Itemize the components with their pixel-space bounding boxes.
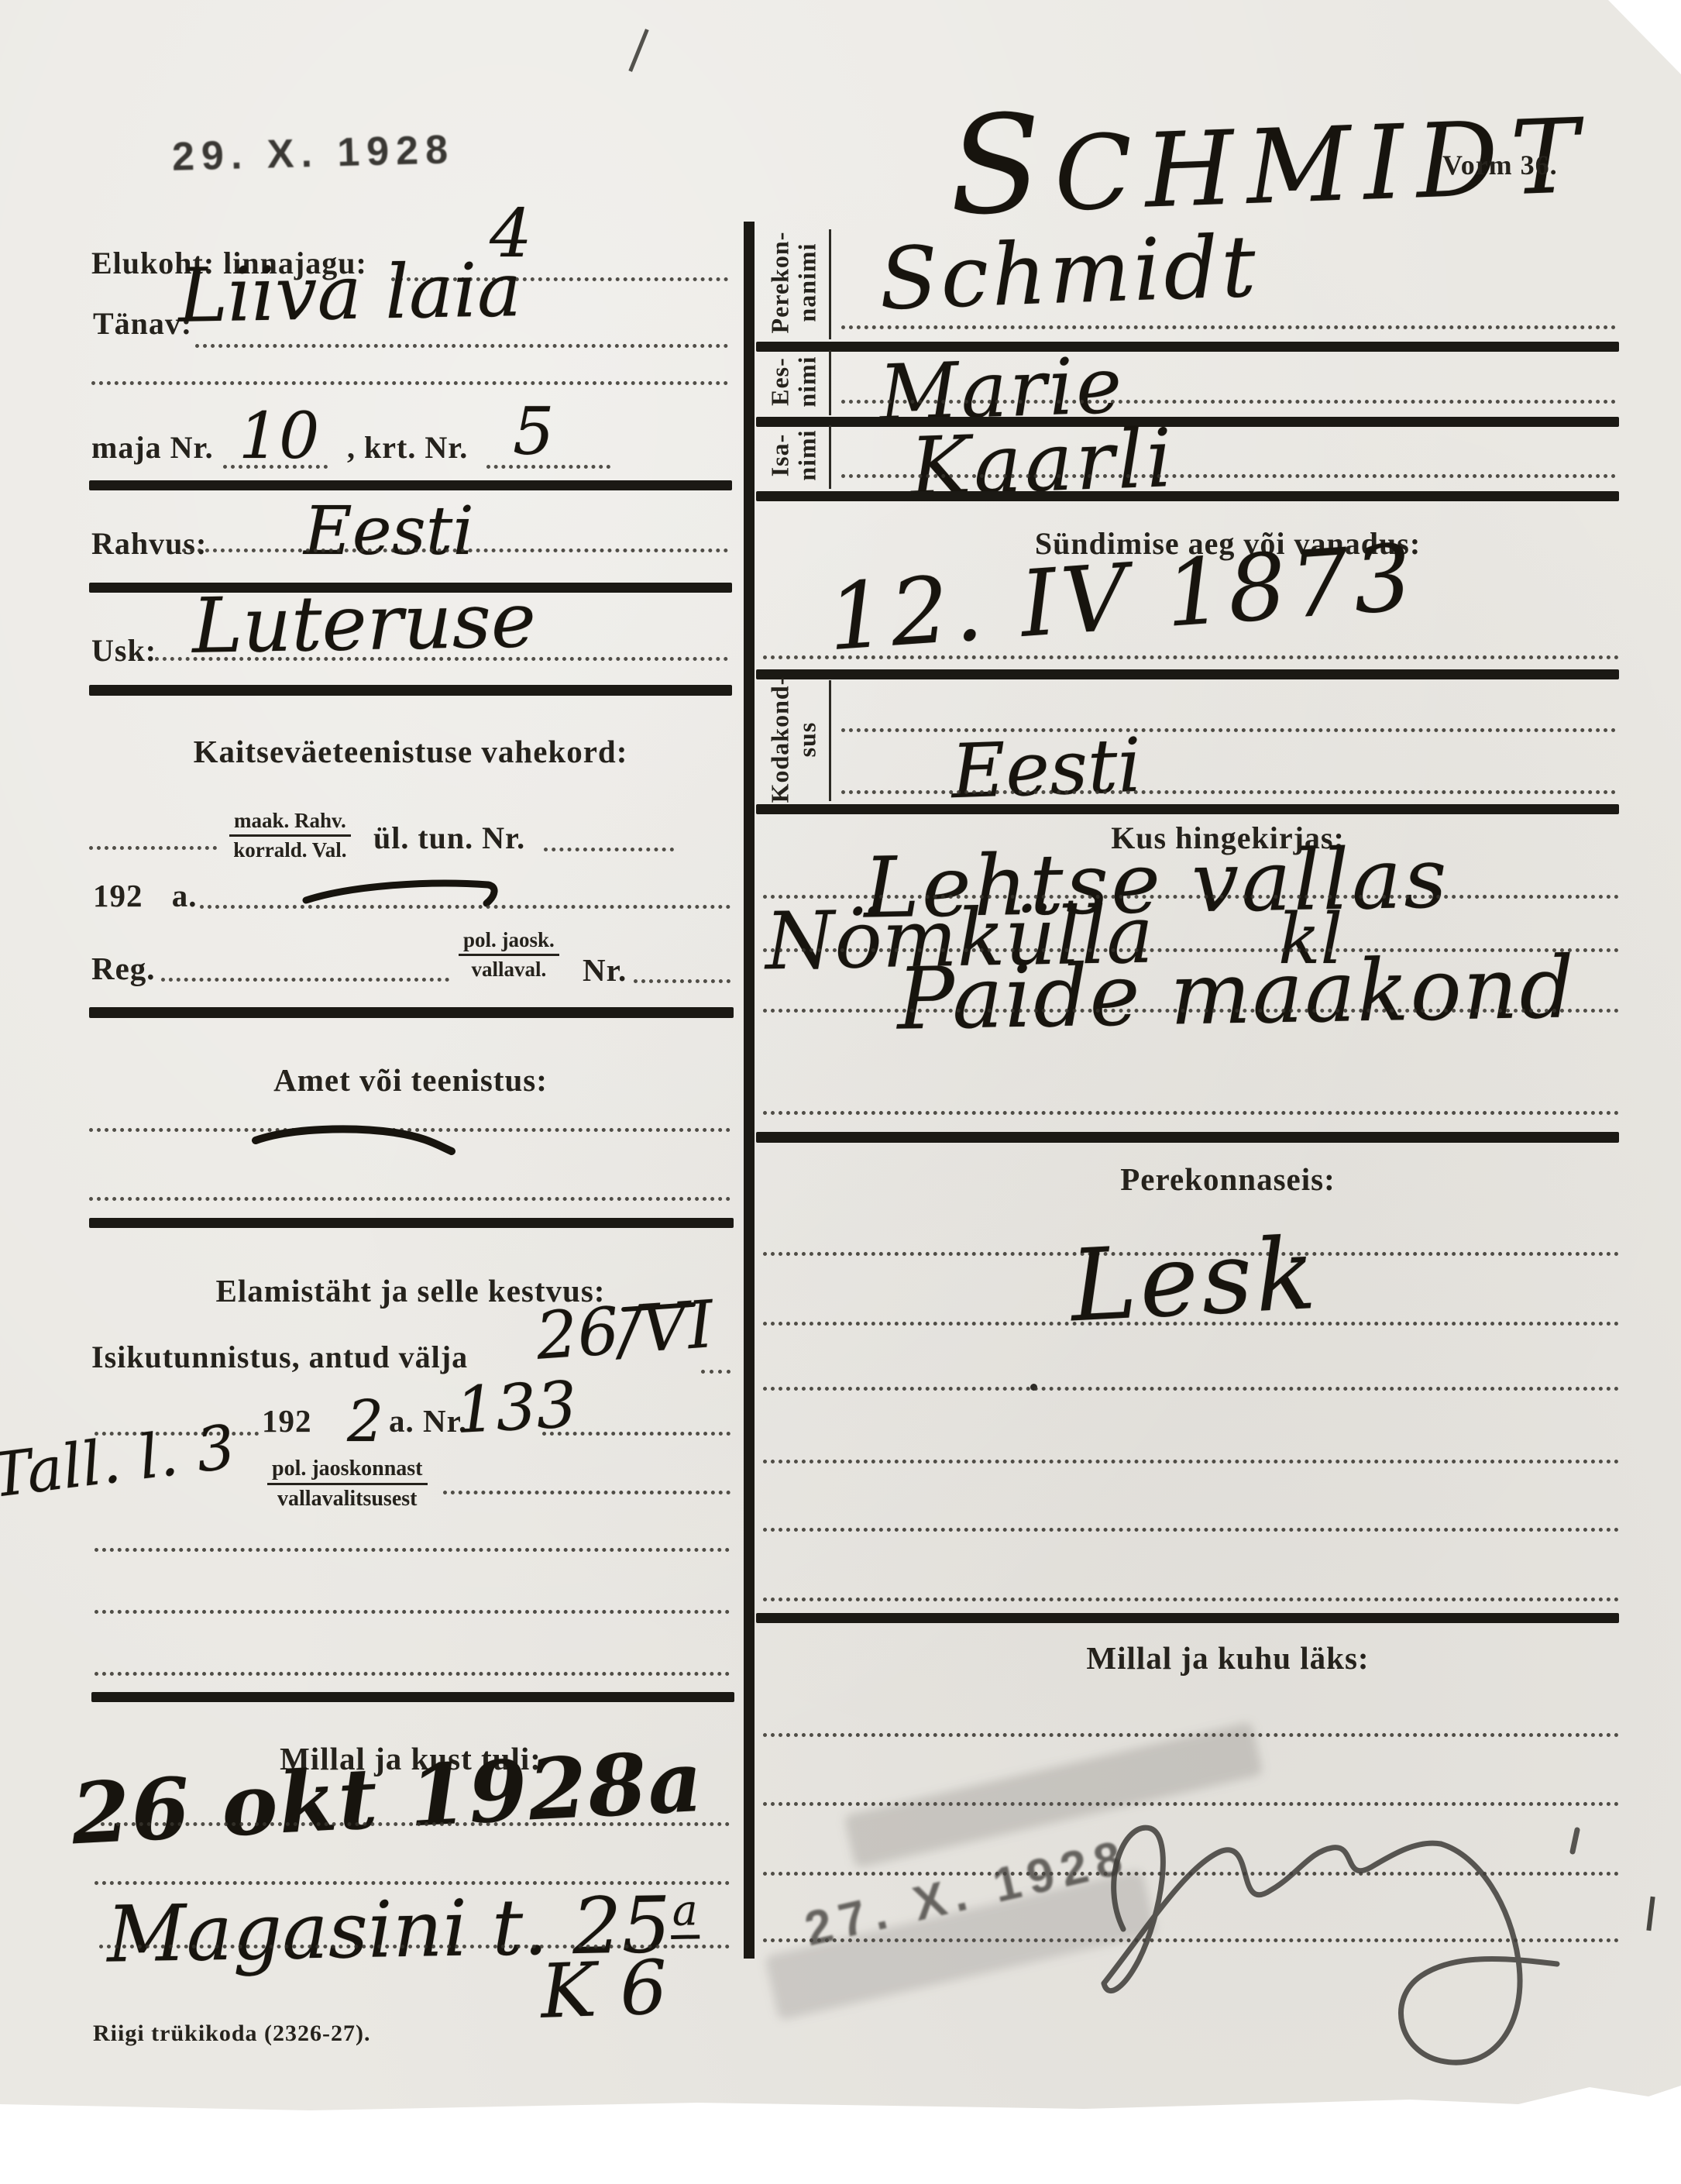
citizenship-value: Eesti: [950, 722, 1143, 815]
fraction-bottom: korrald. Val.: [229, 837, 351, 862]
military-fraction: maak. Rahv. korrald. Val.: [229, 809, 351, 862]
label-line: sus: [793, 676, 820, 803]
dotted-line: [841, 474, 1616, 478]
reg-label: Reg.: [91, 950, 156, 987]
dotted-line: [223, 465, 328, 469]
dotted-line: [95, 1548, 730, 1552]
tuli-korter-handwriting: K 6: [539, 1944, 669, 2035]
dotted-line: [182, 549, 728, 552]
received-date-stamp: 29. X. 1928: [171, 126, 455, 181]
dotted-line: [486, 465, 610, 469]
label-separator-line: [829, 425, 831, 489]
maja-nr-label: maja Nr.: [91, 429, 214, 466]
fraction-top: maak. Rahv.: [229, 809, 351, 837]
rule-line: [756, 804, 1619, 814]
maja-nr-value: 10: [239, 400, 319, 473]
military-service-heading: Kaitseväeteenistuse vahekord:: [89, 733, 732, 770]
tanav-value: Liiva laia: [177, 246, 522, 339]
dotted-line: [200, 905, 730, 909]
label-line: nanimi: [793, 232, 820, 334]
printer-note: Riigi trükikoda (2326-27).: [93, 2021, 371, 2047]
year-192a-label: 192 a.: [93, 877, 198, 914]
pen-stroke: [252, 1122, 461, 1161]
label-separator-line: [829, 680, 831, 801]
dotted-line: [443, 1491, 730, 1494]
dotted-line: [161, 978, 449, 982]
label-line: nimi: [793, 356, 820, 408]
dotted-line: [763, 1598, 1619, 1601]
label-separator-line: [829, 229, 831, 339]
reg-fraction: pol. jaosk. vallaval.: [459, 928, 559, 982]
rule-line: [756, 669, 1619, 679]
rahvus-label: Rahvus:: [91, 525, 207, 562]
dotted-line: [763, 1387, 1619, 1391]
isikutunnistus-date: 26/VI: [534, 1286, 716, 1374]
official-signature: [1077, 1766, 1619, 2092]
year-written-digit: 2: [347, 1388, 383, 1455]
rule-line: [756, 491, 1619, 501]
rule-line: [756, 1613, 1619, 1623]
dotted-line: [763, 1322, 1619, 1326]
reg-nr-label: Nr.: [583, 951, 627, 989]
label-line: Isa-: [766, 430, 793, 481]
document-scan: 29. X. 1928 SCHMIDT Vorm 36. Elukoht: li…: [0, 0, 1681, 2184]
dotted-line: [91, 381, 728, 385]
rule-line: [91, 1692, 734, 1702]
dotted-line: [634, 979, 730, 983]
dotted-line: [841, 325, 1616, 329]
dotted-line: [542, 1432, 730, 1436]
dotted-line: [95, 1672, 730, 1676]
firstname-row-label: Ees-nimi: [758, 347, 829, 417]
label-separator-line: [829, 350, 831, 415]
surname-initial: S: [947, 85, 1057, 246]
fraction-top: pol. jaoskonnast: [267, 1457, 428, 1485]
dotted-line: [763, 1111, 1619, 1115]
id-number-value: 133: [454, 1368, 579, 1448]
usk-label: Usk:: [91, 632, 156, 669]
dotted-line: [763, 655, 1619, 659]
dotted-line: [841, 400, 1616, 404]
rule-line: [89, 1218, 734, 1228]
isikutunnistus-label: Isikutunnistus, antud välja: [91, 1339, 468, 1375]
dotted-line: [155, 657, 728, 661]
dotted-line: [195, 344, 728, 348]
dotted-line: [95, 1610, 730, 1614]
amet-heading: Amet või teenistus:: [89, 1061, 732, 1099]
pen-tick-mark: [1646, 1897, 1655, 1931]
label-line: nimi: [793, 430, 820, 481]
fathername-row-label: Isa-nimi: [758, 422, 829, 489]
label-line: Ees-: [766, 356, 793, 408]
rule-line: [89, 685, 732, 696]
rahvus-value: Eesti: [304, 493, 474, 570]
label-line: Kodakond-: [766, 676, 793, 803]
year-printed-label: 192: [262, 1402, 312, 1439]
tanav-label: Tänav:: [93, 305, 192, 342]
isikutunnistus-fraction: pol. jaoskonnast vallavalitsusest: [267, 1457, 428, 1512]
dotted-line: [89, 1197, 730, 1201]
dotted-line: [763, 1528, 1619, 1532]
fraction-bottom: vallaval.: [459, 956, 559, 982]
dotted-line: [89, 846, 217, 850]
citizenship-row-label: Kodakond-sus: [758, 677, 829, 803]
dotted-line: [544, 848, 674, 851]
rule-line: [756, 417, 1619, 427]
margin-note-handwriting: Tall. l. 3: [0, 1412, 239, 1512]
rule-line: [89, 1007, 734, 1018]
fraction-bottom: vallavalitsusest: [267, 1485, 428, 1512]
krt-nr-value: 5: [513, 394, 554, 469]
paper-sheet: 29. X. 1928 SCHMIDT Vorm 36. Elukoht: li…: [0, 0, 1681, 2111]
form-number-label: Vorm 36.: [1442, 149, 1558, 181]
surname-row-label: Perekon-nanimi: [758, 226, 829, 339]
dotted-line: [701, 1370, 730, 1374]
laks-heading: Millal ja kuhu läks:: [840, 1639, 1615, 1677]
hingekiri-line3: Paide maakond: [896, 937, 1576, 1048]
rule-line: [756, 1132, 1619, 1143]
dotted-line: [763, 1460, 1619, 1463]
label-line: Perekon-: [766, 232, 793, 334]
dotted-line: [841, 790, 1616, 794]
column-divider-line: [744, 222, 755, 1959]
pen-slash-mark: [628, 29, 648, 72]
ul-tun-nr-label: ül. tun. Nr.: [373, 820, 525, 856]
dotted-line: [763, 1009, 1619, 1013]
dotted-line: [101, 1822, 730, 1826]
rule-line: [89, 480, 732, 490]
tuli-street-superscript: a: [670, 1885, 700, 1939]
surname-value: Schmidt: [878, 216, 1260, 328]
fraction-top: pol. jaosk.: [459, 928, 559, 956]
krt-nr-label: , krt. Nr.: [347, 429, 468, 466]
perekonnaseis-heading: Perekonnaseis:: [840, 1161, 1615, 1198]
